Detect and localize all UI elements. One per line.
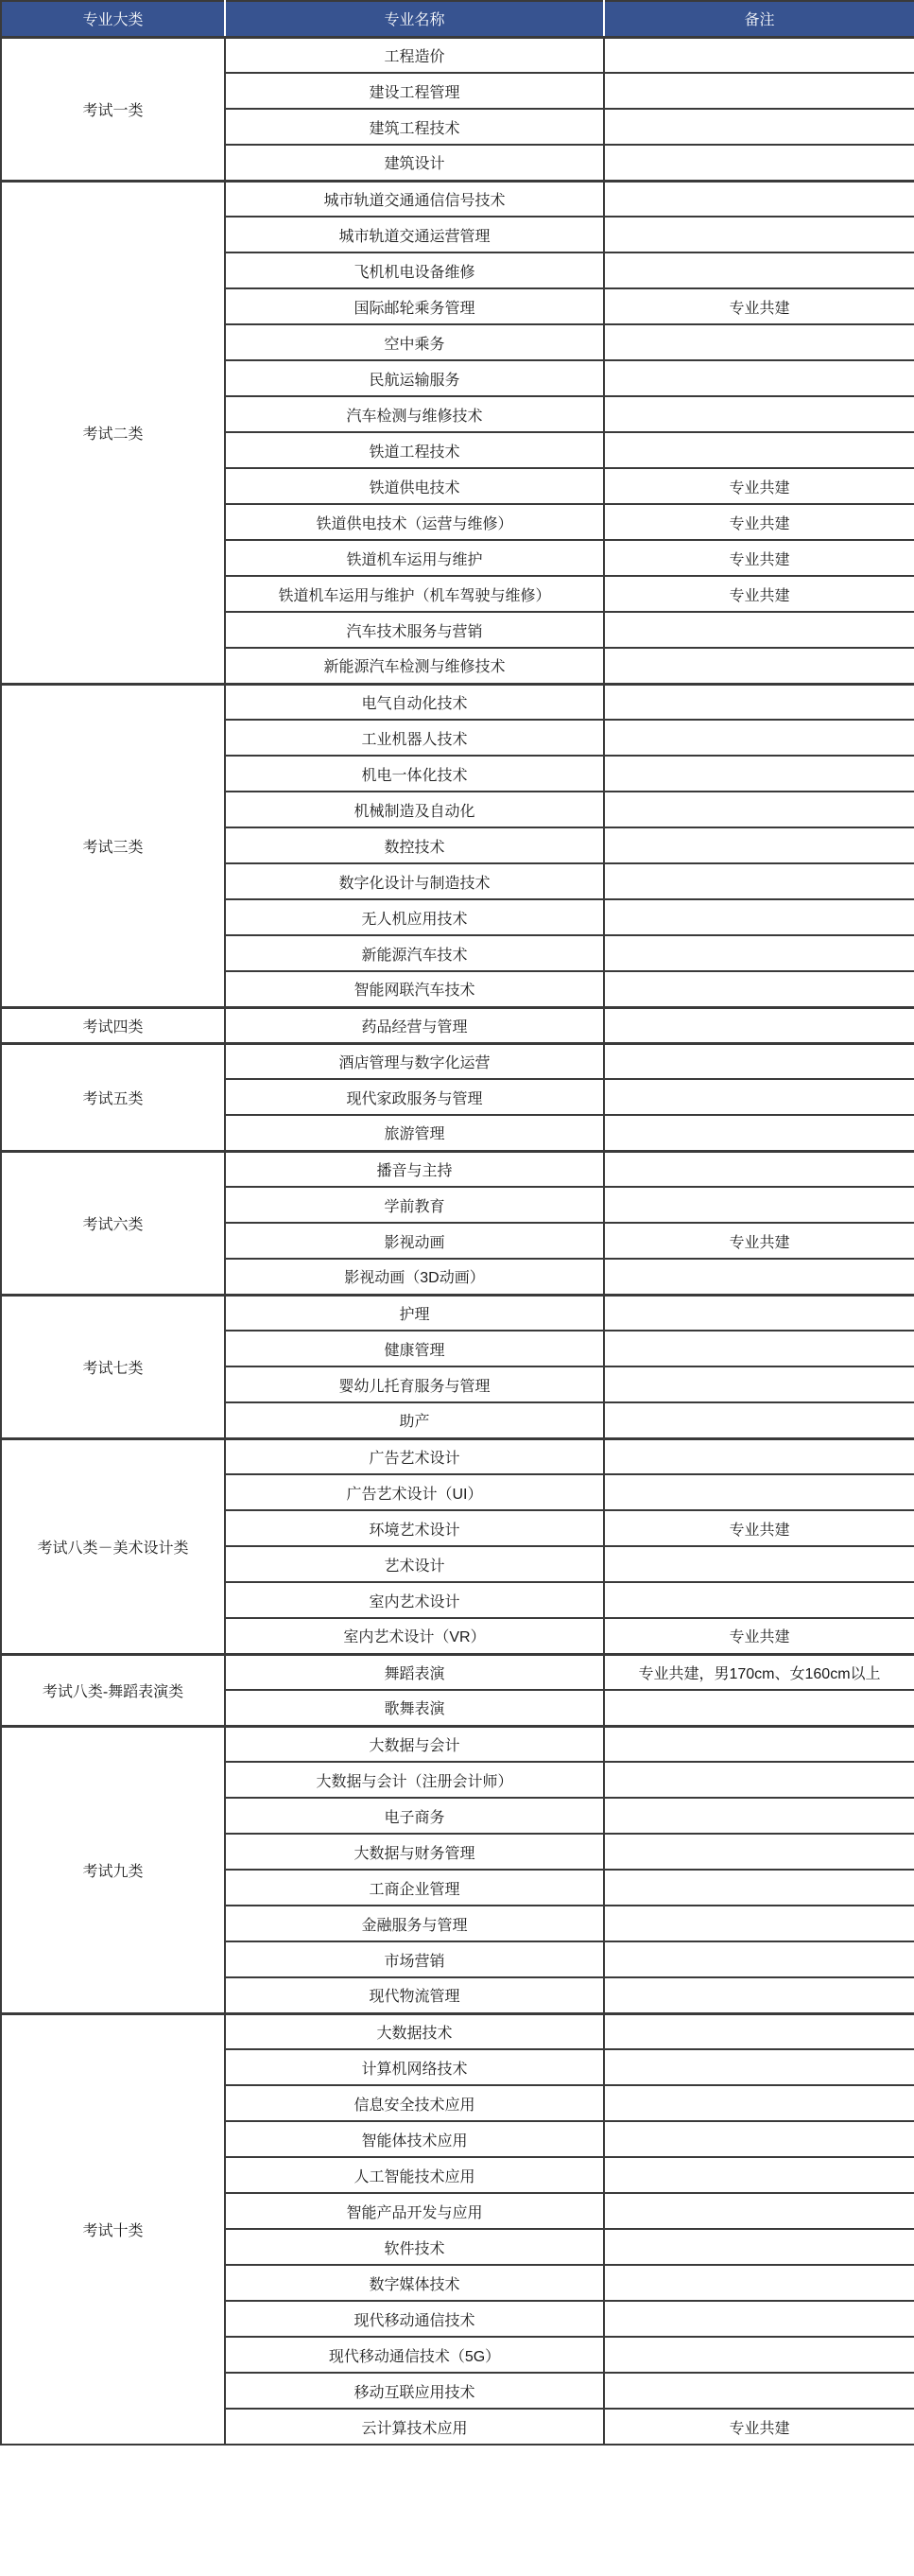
major-name-cell: 建设工程管理 (225, 73, 604, 109)
major-name-cell: 金融服务与管理 (225, 1906, 604, 1941)
remark-cell (604, 971, 914, 1007)
remark-cell: 专业共建，男170cm、女160cm以上 (604, 1654, 914, 1690)
remark-cell (604, 648, 914, 684)
remark-cell: 专业共建 (604, 288, 914, 324)
remark-cell (604, 1151, 914, 1187)
major-name-cell: 现代移动通信技术（5G） (225, 2337, 604, 2373)
remark-cell (604, 935, 914, 971)
major-name-cell: 云计算技术应用 (225, 2409, 604, 2445)
table-row: 考试一类工程造价 (1, 37, 914, 73)
remark-cell (604, 1762, 914, 1798)
remark-cell (604, 2013, 914, 2049)
remark-cell (604, 432, 914, 468)
table-header: 专业大类 专业名称 备注 (1, 1, 914, 37)
remark-cell: 专业共建 (604, 504, 914, 540)
table-row: 考试七类护理 (1, 1295, 914, 1331)
major-name-cell: 智能体技术应用 (225, 2121, 604, 2157)
major-name-cell: 计算机网络技术 (225, 2049, 604, 2085)
major-name-cell: 铁道工程技术 (225, 432, 604, 468)
remark-cell (604, 1043, 914, 1079)
remark-cell (604, 2265, 914, 2301)
table-row: 考试八类－美术设计类广告艺术设计 (1, 1438, 914, 1474)
major-name-cell: 新能源汽车检测与维修技术 (225, 648, 604, 684)
table-row: 考试五类酒店管理与数字化运营 (1, 1043, 914, 1079)
remark-cell (604, 73, 914, 109)
remark-cell (604, 37, 914, 73)
major-name-cell: 机械制造及自动化 (225, 792, 604, 827)
table-body: 考试一类工程造价建设工程管理建筑工程技术建筑设计考试二类城市轨道交通通信信号技术… (1, 37, 914, 2445)
major-name-cell: 工业机器人技术 (225, 720, 604, 756)
remark-cell (604, 720, 914, 756)
category-cell: 考试八类－美术设计类 (1, 1438, 225, 1654)
remark-cell (604, 1977, 914, 2013)
remark-cell (604, 1438, 914, 1474)
major-name-cell: 数字化设计与制造技术 (225, 863, 604, 899)
major-name-cell: 播音与主持 (225, 1151, 604, 1187)
major-name-cell: 城市轨道交通运营管理 (225, 217, 604, 252)
major-name-cell: 大数据与财务管理 (225, 1834, 604, 1870)
category-cell: 考试十类 (1, 2013, 225, 2445)
table-row: 考试八类-舞蹈表演类舞蹈表演专业共建，男170cm、女160cm以上 (1, 1654, 914, 1690)
remark-cell (604, 863, 914, 899)
remark-cell (604, 1007, 914, 1043)
remark-cell (604, 2121, 914, 2157)
remark-cell (604, 612, 914, 648)
major-name-cell: 汽车技术服务与营销 (225, 612, 604, 648)
remark-cell (604, 109, 914, 145)
table-row: 考试二类城市轨道交通通信信号技术 (1, 181, 914, 217)
table-row: 考试四类药品经营与管理 (1, 1007, 914, 1043)
major-name-cell: 市场营销 (225, 1941, 604, 1977)
major-name-cell: 室内艺术设计 (225, 1582, 604, 1618)
remark-cell (604, 1366, 914, 1402)
major-name-cell: 铁道供电技术 (225, 468, 604, 504)
remark-cell (604, 1402, 914, 1438)
remark-cell: 专业共建 (604, 540, 914, 576)
remark-cell (604, 360, 914, 396)
remark-cell (604, 1726, 914, 1762)
major-name-cell: 无人机应用技术 (225, 899, 604, 935)
remark-cell (604, 1834, 914, 1870)
table-row: 考试九类大数据与会计 (1, 1726, 914, 1762)
major-name-cell: 助产 (225, 1402, 604, 1438)
remark-cell (604, 1115, 914, 1151)
major-name-cell: 智能产品开发与应用 (225, 2193, 604, 2229)
major-name-cell: 工程造价 (225, 37, 604, 73)
major-name-cell: 空中乘务 (225, 324, 604, 360)
major-name-cell: 护理 (225, 1295, 604, 1331)
category-cell: 考试二类 (1, 181, 225, 684)
remark-cell (604, 2085, 914, 2121)
table-row: 考试三类电气自动化技术 (1, 684, 914, 720)
remark-cell (604, 1546, 914, 1582)
major-name-cell: 婴幼儿托育服务与管理 (225, 1366, 604, 1402)
major-name-cell: 旅游管理 (225, 1115, 604, 1151)
major-name-cell: 建筑工程技术 (225, 109, 604, 145)
remark-cell (604, 2157, 914, 2193)
remark-cell (604, 2301, 914, 2337)
remark-cell (604, 1474, 914, 1510)
remark-cell (604, 2229, 914, 2265)
remark-cell (604, 2337, 914, 2373)
major-name-cell: 数字媒体技术 (225, 2265, 604, 2301)
major-name-cell: 新能源汽车技术 (225, 935, 604, 971)
major-name-cell: 铁道机车运用与维护 (225, 540, 604, 576)
header-remark: 备注 (604, 1, 914, 37)
remark-cell: 专业共建 (604, 1618, 914, 1654)
category-cell: 考试七类 (1, 1295, 225, 1438)
table-row: 考试六类播音与主持 (1, 1151, 914, 1187)
major-name-cell: 酒店管理与数字化运营 (225, 1043, 604, 1079)
header-row: 专业大类 专业名称 备注 (1, 1, 914, 37)
major-name-cell: 舞蹈表演 (225, 1654, 604, 1690)
majors-table: 专业大类 专业名称 备注 考试一类工程造价建设工程管理建筑工程技术建筑设计考试二… (0, 0, 914, 2445)
category-cell: 考试五类 (1, 1043, 225, 1151)
remark-cell (604, 1690, 914, 1726)
major-name-cell: 电子商务 (225, 1798, 604, 1834)
major-name-cell: 工商企业管理 (225, 1870, 604, 1906)
major-name-cell: 现代移动通信技术 (225, 2301, 604, 2337)
remark-cell (604, 1941, 914, 1977)
major-name-cell: 广告艺术设计 (225, 1438, 604, 1474)
major-name-cell: 建筑设计 (225, 145, 604, 181)
major-name-cell: 广告艺术设计（UI） (225, 1474, 604, 1510)
major-name-cell: 铁道供电技术（运营与维修） (225, 504, 604, 540)
major-name-cell: 室内艺术设计（VR） (225, 1618, 604, 1654)
major-name-cell: 软件技术 (225, 2229, 604, 2265)
remark-cell: 专业共建 (604, 2409, 914, 2445)
major-name-cell: 现代家政服务与管理 (225, 1079, 604, 1115)
remark-cell (604, 1870, 914, 1906)
major-name-cell: 智能网联汽车技术 (225, 971, 604, 1007)
majors-table-page: 专业大类 专业名称 备注 考试一类工程造价建设工程管理建筑工程技术建筑设计考试二… (0, 0, 914, 2445)
major-name-cell: 现代物流管理 (225, 1977, 604, 2013)
remark-cell (604, 1582, 914, 1618)
remark-cell (604, 396, 914, 432)
remark-cell (604, 324, 914, 360)
major-name-cell: 影视动画 (225, 1223, 604, 1259)
remark-cell (604, 2049, 914, 2085)
remark-cell (604, 181, 914, 217)
remark-cell (604, 217, 914, 252)
category-cell: 考试四类 (1, 1007, 225, 1043)
remark-cell (604, 1331, 914, 1366)
major-name-cell: 大数据与会计 (225, 1726, 604, 1762)
remark-cell: 专业共建 (604, 576, 914, 612)
remark-cell (604, 792, 914, 827)
remark-cell (604, 1906, 914, 1941)
remark-cell: 专业共建 (604, 468, 914, 504)
major-name-cell: 飞机机电设备维修 (225, 252, 604, 288)
remark-cell (604, 1187, 914, 1223)
header-major-name: 专业名称 (225, 1, 604, 37)
major-name-cell: 药品经营与管理 (225, 1007, 604, 1043)
remark-cell: 专业共建 (604, 1223, 914, 1259)
major-name-cell: 大数据与会计（注册会计师） (225, 1762, 604, 1798)
major-name-cell: 信息安全技术应用 (225, 2085, 604, 2121)
remark-cell (604, 145, 914, 181)
major-name-cell: 汽车检测与维修技术 (225, 396, 604, 432)
remark-cell (604, 899, 914, 935)
major-name-cell: 影视动画（3D动画） (225, 1259, 604, 1295)
category-cell: 考试九类 (1, 1726, 225, 2013)
major-name-cell: 电气自动化技术 (225, 684, 604, 720)
remark-cell (604, 827, 914, 863)
remark-cell (604, 1079, 914, 1115)
major-name-cell: 民航运输服务 (225, 360, 604, 396)
table-row: 考试十类大数据技术 (1, 2013, 914, 2049)
major-name-cell: 环境艺术设计 (225, 1510, 604, 1546)
category-cell: 考试三类 (1, 684, 225, 1007)
major-name-cell: 歌舞表演 (225, 1690, 604, 1726)
major-name-cell: 移动互联应用技术 (225, 2373, 604, 2409)
major-name-cell: 健康管理 (225, 1331, 604, 1366)
remark-cell (604, 2373, 914, 2409)
major-name-cell: 国际邮轮乘务管理 (225, 288, 604, 324)
major-name-cell: 艺术设计 (225, 1546, 604, 1582)
remark-cell (604, 756, 914, 792)
major-name-cell: 学前教育 (225, 1187, 604, 1223)
remark-cell (604, 1798, 914, 1834)
remark-cell (604, 2193, 914, 2229)
remark-cell: 专业共建 (604, 1510, 914, 1546)
major-name-cell: 铁道机车运用与维护（机车驾驶与维修） (225, 576, 604, 612)
remark-cell (604, 684, 914, 720)
category-cell: 考试六类 (1, 1151, 225, 1295)
major-name-cell: 数控技术 (225, 827, 604, 863)
category-cell: 考试一类 (1, 37, 225, 181)
major-name-cell: 机电一体化技术 (225, 756, 604, 792)
major-name-cell: 大数据技术 (225, 2013, 604, 2049)
remark-cell (604, 1259, 914, 1295)
category-cell: 考试八类-舞蹈表演类 (1, 1654, 225, 1726)
major-name-cell: 人工智能技术应用 (225, 2157, 604, 2193)
header-major-category: 专业大类 (1, 1, 225, 37)
remark-cell (604, 252, 914, 288)
major-name-cell: 城市轨道交通通信信号技术 (225, 181, 604, 217)
remark-cell (604, 1295, 914, 1331)
